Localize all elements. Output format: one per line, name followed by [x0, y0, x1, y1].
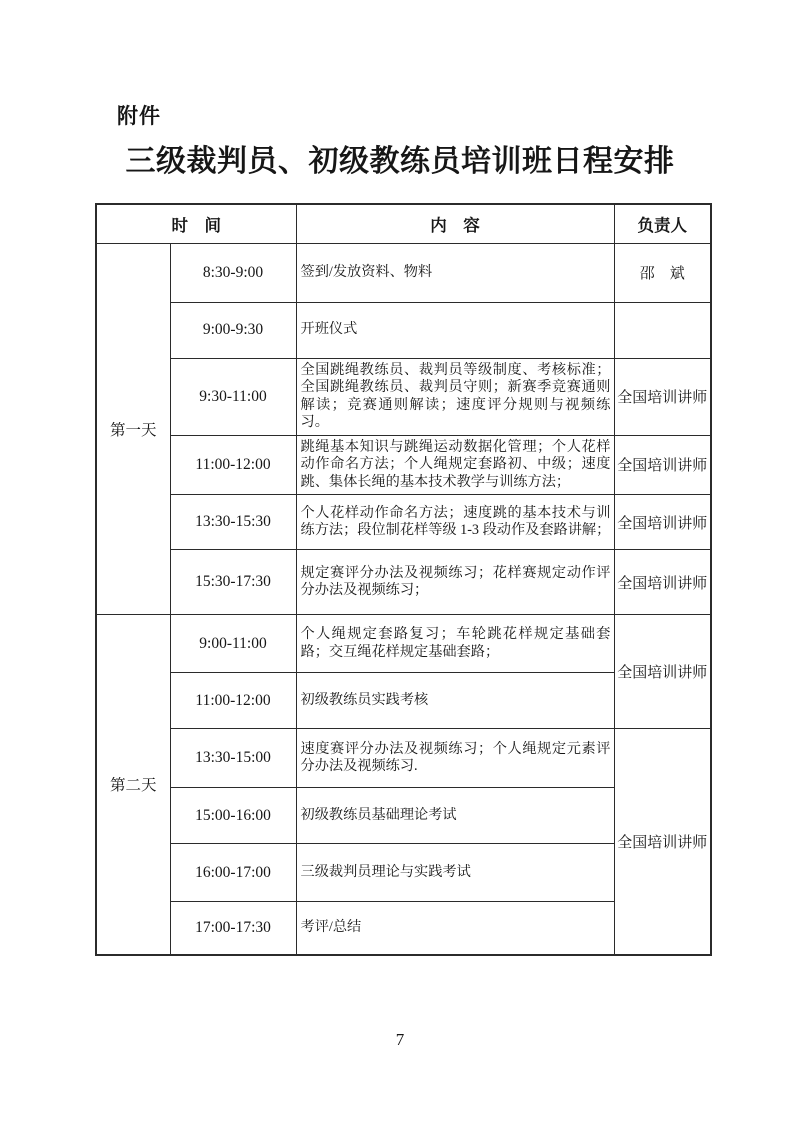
time-cell: 9:30-11:00 [170, 358, 296, 435]
content-cell: 速度赛评分办法及视频练习；个人绳规定元素评分办法及视频练习. [296, 729, 614, 788]
content-cell: 初级教练员基础理论考试 [296, 788, 614, 844]
time-cell: 17:00-17:30 [170, 902, 296, 955]
time-cell: 11:00-12:00 [170, 435, 296, 495]
table-row: 9:30-11:00 全国跳绳教练员、裁判员等级制度、考核标准；全国跳绳教练员、… [96, 358, 711, 435]
person-cell: 全国培训讲师 [614, 495, 711, 550]
time-cell: 9:00-9:30 [170, 302, 296, 358]
day1-cell: 第一天 [96, 243, 170, 615]
person-cell: 全国培训讲师 [614, 358, 711, 435]
content-cell: 跳绳基本知识与跳绳运动数据化管理；个人花样动作命名方法；个人绳规定套路初、中级；… [296, 435, 614, 495]
time-cell: 8:30-9:00 [170, 243, 296, 302]
content-cell: 初级教练员实践考核 [296, 673, 614, 729]
person-cell: 邵 斌 [614, 243, 711, 302]
time-cell: 13:30-15:30 [170, 495, 296, 550]
schedule-table: 时 间 内 容 负责人 第一天 8:30-9:00 签到/发放资料、物料 邵 斌… [95, 203, 712, 956]
table-row: 15:30-17:30 规定赛评分办法及视频练习；花样赛规定动作评分办法及视频练… [96, 550, 711, 615]
header-content: 内 容 [296, 204, 614, 243]
content-cell: 签到/发放资料、物料 [296, 243, 614, 302]
header-person: 负责人 [614, 204, 711, 243]
person-cell [614, 302, 711, 358]
day2-cell: 第二天 [96, 615, 170, 955]
content-cell: 全国跳绳教练员、裁判员等级制度、考核标准；全国跳绳教练员、裁判员守则；新赛季竞赛… [296, 358, 614, 435]
table-row: 第一天 8:30-9:00 签到/发放资料、物料 邵 斌 [96, 243, 711, 302]
person-cell: 全国培训讲师 [614, 435, 711, 495]
table-row: 9:00-9:30 开班仪式 [96, 302, 711, 358]
time-cell: 13:30-15:00 [170, 729, 296, 788]
content-cell: 规定赛评分办法及视频练习；花样赛规定动作评分办法及视频练习； [296, 550, 614, 615]
content-cell: 个人花样动作命名方法；速度跳的基本技术与训练方法；段位制花样等级 1-3 段动作… [296, 495, 614, 550]
person-cell: 全国培训讲师 [614, 615, 711, 729]
content-cell: 考评/总结 [296, 902, 614, 955]
header-time: 时 间 [96, 204, 296, 243]
time-cell: 16:00-17:00 [170, 844, 296, 902]
attachment-label: 附件 [117, 100, 161, 130]
content-cell: 三级裁判员理论与实践考试 [296, 844, 614, 902]
person-cell: 全国培训讲师 [614, 550, 711, 615]
table-row: 13:30-15:30 个人花样动作命名方法；速度跳的基本技术与训练方法；段位制… [96, 495, 711, 550]
table-header-row: 时 间 内 容 负责人 [96, 204, 711, 243]
content-cell: 个人绳规定套路复习；车轮跳花样规定基础套路；交互绳花样规定基础套路； [296, 615, 614, 673]
time-cell: 9:00-11:00 [170, 615, 296, 673]
person-cell: 全国培训讲师 [614, 729, 711, 955]
time-cell: 15:00-16:00 [170, 788, 296, 844]
time-cell: 15:30-17:30 [170, 550, 296, 615]
page-number: 7 [0, 1030, 800, 1050]
document-title: 三级裁判员、初级教练员培训班日程安排 [0, 136, 800, 180]
content-cell: 开班仪式 [296, 302, 614, 358]
table-row: 13:30-15:00 速度赛评分办法及视频练习；个人绳规定元素评分办法及视频练… [96, 729, 711, 788]
table-row: 11:00-12:00 跳绳基本知识与跳绳运动数据化管理；个人花样动作命名方法；… [96, 435, 711, 495]
table-row: 第二天 9:00-11:00 个人绳规定套路复习；车轮跳花样规定基础套路；交互绳… [96, 615, 711, 673]
time-cell: 11:00-12:00 [170, 673, 296, 729]
